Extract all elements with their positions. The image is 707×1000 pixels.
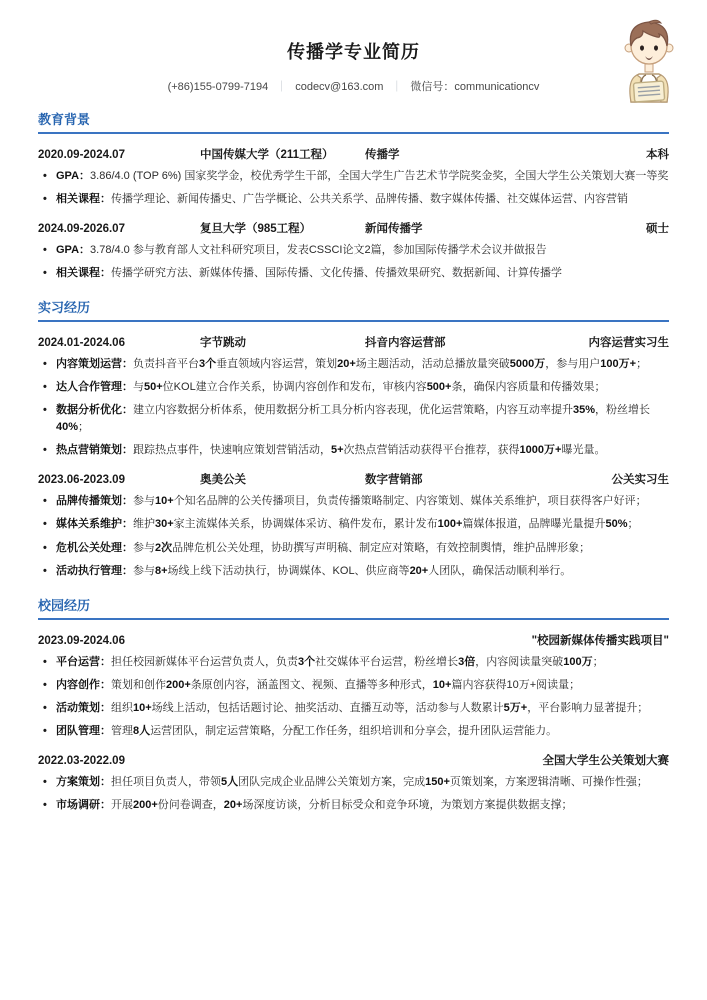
bullet-text: 建立内容数据分析体系，使用数据分析工具分析内容表现，优化运营策略，内容互动率提升 [133, 404, 573, 416]
separator: ｜ [391, 81, 402, 93]
bullet-text: 家主流媒体关系，协调媒体采访、稿件发布，累计发布 [174, 518, 438, 530]
bullet-item: 相关课程：传播学研究方法、新媒体传播、国际传播、文化传播、传播效果研究、数据新闻… [38, 265, 669, 282]
boy-avatar-icon [621, 14, 677, 104]
entry-date: 2023.09-2024.06 [38, 635, 125, 647]
entry-header: 2020.09-2024.07中国传媒大学（211工程）传播学本科 [38, 146, 669, 162]
bullet-item: 平台运营：担任校园新媒体平台运营负责人，负责3个社交媒体平台运营，粉丝增长3倍，… [38, 654, 669, 671]
bullet-text: ，粉丝增长 [595, 404, 650, 416]
bullet-text: 150+ [425, 776, 450, 788]
bullet-item: 数据分析优化：建立内容数据分析体系，使用数据分析工具分析内容表现，优化运营策略，… [38, 402, 669, 436]
section-internship: 实习经历2024.01-2024.06字节跳动抖音内容运营部内容运营实习生内容策… [38, 297, 669, 579]
bullet-text: 40% [56, 421, 78, 433]
bullet-item: 热点营销策划：跟踪热点事件，快速响应策划营销活动，5+次热点营销活动获得平台推荐… [38, 442, 669, 459]
bullet-text: 维护 [133, 518, 155, 530]
entry-header: 2023.06-2023.09奥美公关数字营销部公关实习生 [38, 471, 669, 487]
bullet-label: 媒体关系维护： [56, 518, 133, 530]
bullet-text: ，平台影响力显著提升； [527, 702, 648, 714]
bullet-text: 曝光量。 [561, 444, 605, 456]
bullet-text: 组织 [111, 702, 133, 714]
bullet-text: 500+ [427, 381, 452, 393]
entry-dept: 新闻传播学 [365, 220, 646, 236]
entry-right-label: 内容运营实习生 [589, 334, 670, 350]
bullet-text: 参与 [133, 565, 155, 577]
entry-right-label: "校园新媒体传播实践项目" [532, 632, 669, 648]
bullet-text: 场深度访谈，分析目标受众和竞争环境，为策划方案提供数据支撑； [242, 799, 572, 811]
bullet-item: 媒体关系维护：维护30+家主流媒体关系，协调媒体采访、稿件发布，累计发布100+… [38, 516, 669, 533]
bullet-label: GPA： [56, 244, 90, 256]
entry-header: 2023.09-2024.06"校园新媒体传播实践项目" [38, 632, 669, 648]
bullet-text: 篇媒体报道，品牌曝光量提升 [462, 518, 605, 530]
bullet-label: 内容创作： [56, 679, 111, 691]
bullet-text: 10+ [433, 679, 452, 691]
bullet-text: 条原创内容，涵盖图文、视频、直播等多种形式， [191, 679, 433, 691]
section-title-internship: 实习经历 [38, 297, 669, 322]
wechat-text: 微信号：communicationcv [410, 81, 539, 93]
bullet-item: 相关课程：传播学理论、新闻传播史、广告学概论、公共关系学、品牌传播、数字媒体传播… [38, 191, 669, 208]
bullet-text: 品牌危机公关处理，协助撰写声明稿、制定应对策略，有效控制舆情，维护品牌形象； [172, 542, 590, 554]
bullet-text: 30+ [155, 518, 174, 530]
bullet-text: 200+ [133, 799, 158, 811]
bullet-text: ； [78, 421, 89, 433]
bullet-label: 活动执行管理： [56, 565, 133, 577]
bullet-text: 页策划案，方案逻辑清晰、可操作性强； [450, 776, 648, 788]
bullet-item: GPA：3.86/4.0 (TOP 6%) 国家奖学金，校优秀学生干部，全国大学… [38, 168, 669, 185]
bullet-text: 5+ [331, 444, 344, 456]
bullet-text: 策划和创作 [111, 679, 166, 691]
bullet-text: 负责抖音平台 [133, 358, 199, 370]
bullet-text: 5000万 [510, 358, 545, 370]
bullet-text: 2次 [155, 542, 172, 554]
bullet-label: 达人合作管理： [56, 381, 133, 393]
bullet-label: GPA： [56, 170, 90, 182]
entry-header: 2022.03-2022.09全国大学生公关策划大赛 [38, 752, 669, 768]
page-title: 传播学专业简历 [38, 38, 669, 64]
bullet-label: 平台运营： [56, 656, 111, 668]
bullet-text: 3个 [199, 358, 216, 370]
bullet-text: ； [593, 656, 604, 668]
bullet-list: 内容策划运营：负责抖音平台3个垂直领域内容运营，策划20+场主题活动，活动总播放… [38, 356, 669, 459]
bullet-label: 数据分析优化： [56, 404, 133, 416]
bullet-list: 方案策划：担任项目负责人，带领5人团队完成企业品牌公关策划方案，完成150+页策… [38, 774, 669, 814]
bullet-text: 担任校园新媒体平台运营负责人，负责 [111, 656, 298, 668]
bullet-text: 20+ [410, 565, 429, 577]
bullet-text: 参与 [133, 495, 155, 507]
bullet-text: 20+ [224, 799, 243, 811]
entry-dept: 传播学 [365, 146, 646, 162]
bullet-label: 内容策划运营： [56, 358, 133, 370]
entry-org: 复旦大学（985工程） [200, 220, 365, 236]
bullet-text: 50+ [144, 381, 163, 393]
entry-date: 2022.03-2022.09 [38, 755, 125, 767]
bullet-text: 次热点营销活动获得平台推荐，获得 [344, 444, 520, 456]
bullet-list: GPA：3.78/4.0 参与教育部人文社科研究项目，发表CSSCI论文2篇，参… [38, 242, 669, 282]
bullet-text: 场线上活动，包括话题讨论、抽奖活动、直播互动等，活动参与人数累计 [152, 702, 504, 714]
bullet-text: ； [636, 358, 647, 370]
bullet-text: 3.86/4.0 (TOP 6%) 国家奖学金，校优秀学生干部，全国大学生广告艺… [90, 170, 668, 182]
bullet-text: ，内容阅读量突破 [475, 656, 563, 668]
bullet-item: 活动策划：组织10+场线上活动，包括话题讨论、抽奖活动、直播互动等，活动参与人数… [38, 700, 669, 717]
sections: 教育背景2020.09-2024.07中国传媒大学（211工程）传播学本科GPA… [38, 109, 669, 814]
entry-dept: 抖音内容运营部 [365, 334, 589, 350]
section-title-education: 教育背景 [38, 109, 669, 134]
bullet-text: ； [627, 518, 638, 530]
bullet-label: 相关课程： [56, 267, 111, 279]
contact-line: (+86)155-0799-7194｜codecv@163.com｜微信号：co… [38, 78, 669, 94]
bullet-text: 开展 [111, 799, 133, 811]
phone-text: (+86)155-0799-7194 [168, 81, 269, 93]
bullet-label: 团队管理： [56, 725, 111, 737]
section-education: 教育背景2020.09-2024.07中国传媒大学（211工程）传播学本科GPA… [38, 109, 669, 282]
bullet-text: 10+ [133, 702, 152, 714]
bullet-text: 份问卷调查， [158, 799, 224, 811]
entry-right-label: 硕士 [646, 220, 669, 236]
bullet-text: 5万+ [504, 702, 528, 714]
bullet-item: 方案策划：担任项目负责人，带领5人团队完成企业品牌公关策划方案，完成150+页策… [38, 774, 669, 791]
entry-org: 中国传媒大学（211工程） [200, 146, 365, 162]
bullet-text: 8人 [133, 725, 150, 737]
entry-date: 2020.09-2024.07 [38, 149, 200, 161]
bullet-text: 传播学理论、新闻传播史、广告学概论、公共关系学、品牌传播、数字媒体传播、社交媒体… [111, 193, 628, 205]
bullet-item: 品牌传播策划：参与10+个知名品牌的公关传播项目，负责传播策略制定、内容策划、媒… [38, 493, 669, 510]
bullet-label: 相关课程： [56, 193, 111, 205]
entry-header: 2024.01-2024.06字节跳动抖音内容运营部内容运营实习生 [38, 334, 669, 350]
bullet-list: GPA：3.86/4.0 (TOP 6%) 国家奖学金，校优秀学生干部，全国大学… [38, 168, 669, 208]
bullet-text: 人团队，确保活动顺利举行。 [428, 565, 571, 577]
bullet-item: 内容创作：策划和创作200+条原创内容，涵盖图文、视频、直播等多种形式，10+篇… [38, 677, 669, 694]
bullet-label: 品牌传播策划： [56, 495, 133, 507]
bullet-text: 1000万+ [520, 444, 562, 456]
entry-right-label: 本科 [646, 146, 669, 162]
bullet-text: 50% [605, 518, 627, 530]
bullet-text: 个知名品牌的公关传播项目，负责传播策略制定、内容策划、媒体关系维护，项目获得客户… [174, 495, 647, 507]
bullet-text: 3.78/4.0 参与教育部人文社科研究项目，发表CSSCI论文2篇，参加国际传… [90, 244, 547, 256]
bullet-text: 10+ [155, 495, 174, 507]
entry-date: 2023.06-2023.09 [38, 474, 200, 486]
bullet-text: 20+ [337, 358, 356, 370]
bullet-text: 100万+ [600, 358, 636, 370]
bullet-text: 5人 [221, 776, 238, 788]
section-campus: 校园经历2023.09-2024.06"校园新媒体传播实践项目"平台运营：担任校… [38, 595, 669, 814]
bullet-item: 危机公关处理：参与2次品牌危机公关处理，协助撰写声明稿、制定应对策略，有效控制舆… [38, 540, 669, 557]
bullet-text: 3个 [298, 656, 315, 668]
bullet-text: 场线上线下活动执行，协调媒体、KOL、供应商等 [168, 565, 410, 577]
bullet-item: 团队管理：管理8人运营团队，制定运营策略，分配工作任务，组织培训和分享会，提升团… [38, 723, 669, 740]
bullet-item: 活动执行管理：参与8+场线上线下活动执行，协调媒体、KOL、供应商等20+人团队… [38, 563, 669, 580]
bullet-text: 100万 [563, 656, 592, 668]
bullet-text: 8+ [155, 565, 168, 577]
bullet-text: ，参与用户 [545, 358, 600, 370]
bullet-text: 参与 [133, 542, 155, 554]
bullet-text: 与 [133, 381, 144, 393]
bullet-text: 篇内容获得10万+阅读量； [451, 679, 580, 691]
entry-right-label: 全国大学生公关策划大赛 [543, 752, 670, 768]
bullet-text: 100+ [438, 518, 463, 530]
bullet-label: 市场调研： [56, 799, 111, 811]
bullet-text: 200+ [166, 679, 191, 691]
bullet-label: 热点营销策划： [56, 444, 133, 456]
bullet-text: 条，确保内容质量和传播效果； [451, 381, 605, 393]
entry-dept: 数字营销部 [365, 471, 612, 487]
separator: ｜ [276, 81, 287, 93]
bullet-text: 担任项目负责人，带领 [111, 776, 221, 788]
bullet-list: 平台运营：担任校园新媒体平台运营负责人，负责3个社交媒体平台运营，粉丝增长3倍，… [38, 654, 669, 740]
bullet-label: 危机公关处理： [56, 542, 133, 554]
bullet-text: 垂直领域内容运营，策划 [216, 358, 337, 370]
bullet-text: 管理 [111, 725, 133, 737]
entry-header: 2024.09-2026.07复旦大学（985工程）新闻传播学硕士 [38, 220, 669, 236]
entry-org: 奥美公关 [200, 471, 365, 487]
bullet-item: GPA：3.78/4.0 参与教育部人文社科研究项目，发表CSSCI论文2篇，参… [38, 242, 669, 259]
entry-right-label: 公关实习生 [612, 471, 670, 487]
bullet-text: 3倍 [458, 656, 475, 668]
bullet-text: 运营团队，制定运营策略，分配工作任务，组织培训和分享会，提升团队运营能力。 [150, 725, 557, 737]
bullet-label: 方案策划： [56, 776, 111, 788]
bullet-item: 达人合作管理：与50+位KOL建立合作关系，协调内容创作和发布，审核内容500+… [38, 379, 669, 396]
bullet-text: 35% [573, 404, 595, 416]
bullet-item: 内容策划运营：负责抖音平台3个垂直领域内容运营，策划20+场主题活动，活动总播放… [38, 356, 669, 373]
bullet-list: 品牌传播策划：参与10+个知名品牌的公关传播项目，负责传播策略制定、内容策划、媒… [38, 493, 669, 579]
bullet-text: 传播学研究方法、新媒体传播、国际传播、文化传播、传播效果研究、数据新闻、计算传播… [111, 267, 562, 279]
entry-date: 2024.01-2024.06 [38, 337, 200, 349]
bullet-text: 团队完成企业品牌公关策划方案，完成 [238, 776, 425, 788]
section-title-campus: 校园经历 [38, 595, 669, 620]
bullet-text: 社交媒体平台运营，粉丝增长 [315, 656, 458, 668]
bullet-text: 跟踪热点事件，快速响应策划营销活动， [133, 444, 331, 456]
bullet-item: 市场调研：开展200+份问卷调查，20+场深度访谈，分析目标受众和竞争环境，为策… [38, 797, 669, 814]
entry-org: 字节跳动 [200, 334, 365, 350]
bullet-label: 活动策划： [56, 702, 111, 714]
entry-date: 2024.09-2026.07 [38, 223, 200, 235]
resume-page: 传播学专业简历 (+86)155-0799-7194｜codecv@163.co… [0, 0, 707, 1000]
bullet-text: 位KOL建立合作关系，协调内容创作和发布，审核内容 [163, 381, 427, 393]
email-text: codecv@163.com [295, 81, 383, 93]
bullet-text: 场主题活动，活动总播放量突破 [356, 358, 510, 370]
